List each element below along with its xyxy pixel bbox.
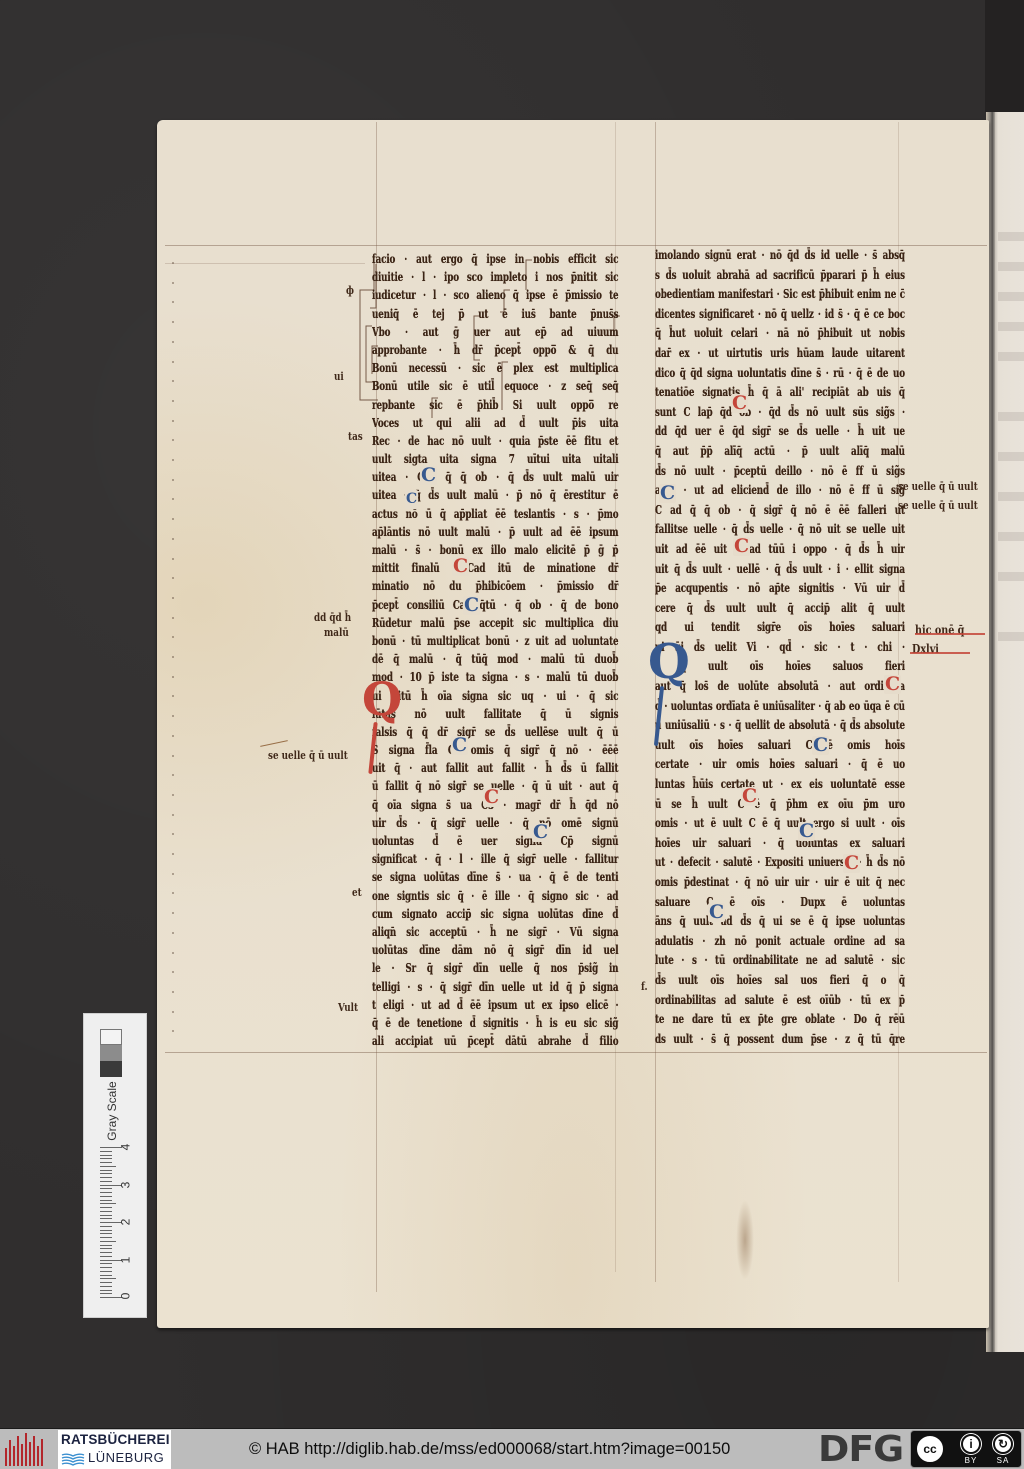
text-line: uit q̄ · aut fallit aut fallit · h̄ d̄s … xyxy=(372,759,618,777)
ruler-tick xyxy=(100,1207,112,1208)
text-line: malū · s̄ · bonū ex illo malo elicitē p̄… xyxy=(372,541,618,559)
ruler-tick xyxy=(100,1177,112,1178)
ratsbuecherei-logo[interactable]: RATSBÜCHEREI LÜNEBURG xyxy=(58,1430,171,1469)
ruler-tick xyxy=(100,1256,112,1257)
gray-swatch-mid xyxy=(100,1045,122,1061)
text-line: uult oīs hoīes saluari C ē omis hoīs xyxy=(655,735,905,755)
text-line: ui ūi d̄s uelit Vi · qd̄ · sic · t · chi… xyxy=(655,637,905,657)
text-line: dico q̄ q̄d signa uoluntatis dīne s̄ · r… xyxy=(655,363,905,383)
pricking-dot xyxy=(172,361,174,363)
initial-q-red: Q xyxy=(362,676,402,722)
paragraph-mark-red: C xyxy=(452,557,469,576)
text-line: uult sigta uita signa 7 uītui uita uital… xyxy=(372,450,618,468)
paragraph-mark-blue: C xyxy=(708,903,725,922)
text-line: Voces ut qui alii ad d̄ uult p̄is uita xyxy=(372,414,618,432)
gray-swatch-dark xyxy=(100,1061,122,1077)
text-line: lūtas nō uult fallitate q̄ ū signis xyxy=(372,705,618,723)
cc-by-label: BY xyxy=(961,1456,981,1465)
ruler-tick xyxy=(100,1286,112,1287)
text-line: Vbo · aut ḡ uer aut ep̄ ad uiuum xyxy=(372,323,618,341)
text-line: bonū · tū multiplicat bonū · z uit ad uo… xyxy=(372,632,618,650)
ruling-line-bottom xyxy=(165,1052,987,1053)
text-line: uolūtas dīne dām nō q̄ sigr̄ dīn id uel xyxy=(372,941,618,959)
pricking-dot xyxy=(172,735,174,737)
text-line: Bonū utile sic ē util̄ equoce · z seq̄ s… xyxy=(372,377,618,395)
ruler-tick xyxy=(100,1275,112,1276)
text-line: p̄e acqupentis · nō ap̄te signitis · Vū … xyxy=(655,578,905,598)
ruler-tick xyxy=(100,1245,112,1246)
text-line: sunt C lap̄ q̄d ob · q̄d d̄s nō uult sūs… xyxy=(655,402,905,422)
ruler-number: 3 xyxy=(118,1182,132,1189)
cc-by-sa-badge[interactable]: cc i ↻ BY SA xyxy=(910,1430,1022,1468)
paragraph-mark-blue: C xyxy=(532,823,549,842)
logo-text-line1: RATSBÜCHEREI xyxy=(61,1432,170,1447)
ruler-tick xyxy=(100,1170,112,1171)
margin-note: f. xyxy=(641,980,648,993)
text-line: facio · aut ergo q̄ ipse in nobis effici… xyxy=(372,250,618,268)
text-line: dar̄ ex · ut uirtutis uris hūam laude ui… xyxy=(655,343,905,363)
text-column-left: facio · aut ergo q̄ ipse in nobis effici… xyxy=(372,250,618,1050)
ruler-tick xyxy=(100,1267,112,1268)
dfg-logo[interactable]: DFG xyxy=(818,1429,903,1469)
ghost-text xyxy=(998,352,1024,361)
text-line: actū · ut ad eliciend̄ de illo · nō ē ff… xyxy=(655,480,905,500)
ghost-text xyxy=(998,492,1024,501)
pricking-dot xyxy=(172,794,174,796)
text-line: repbante sic ē p̄hib̄ Si uult oppo̅ re xyxy=(372,396,618,414)
book-icon xyxy=(61,1452,85,1466)
text-line: q̄ aut p̄p̄ alīq̄ actū · p̄ uult alīq̄ m… xyxy=(655,441,905,461)
text-line: aut q̄ los̄ de uolūte absolutā · aut ord… xyxy=(655,676,905,696)
text-line: fallitse uelle · q̄ d̄s uelle · q̄ nō ui… xyxy=(655,519,905,539)
text-column-right: imolando signū erat · nō q̄d d̄s id uell… xyxy=(655,245,905,1048)
text-line: S signa f̄la Cē omis q̄ sigr̄ q̄ nō · ēē… xyxy=(372,741,618,759)
text-line: mod · 10 p̄ iste ta signa · s · malū tū … xyxy=(372,668,618,686)
ruler-tick xyxy=(100,1151,112,1152)
ruler-tick xyxy=(100,1218,112,1219)
ratsbuecherei-logo-icon xyxy=(4,1433,46,1466)
pricking-dot xyxy=(172,558,174,560)
ghost-text xyxy=(998,412,1024,421)
logo-text-line2: LÜNEBURG xyxy=(88,1450,164,1465)
text-line: d̄s uult oīs hoīes sal uos fieri q̄ o q̄ xyxy=(655,970,905,990)
text-line: se signa uolūtas dīne s̄ · ua · q̄ ē de … xyxy=(372,868,618,886)
text-line: le · Sr q̄ sigr̄ dīn uelle q̄ nos p̄sig̃… xyxy=(372,959,618,977)
paragraph-mark-red: C xyxy=(884,675,901,694)
text-line: ueniq̄ ē tej p̄ ut ē ius̄ bante p̄nus̄s xyxy=(372,305,618,323)
pricking-dot xyxy=(172,873,174,875)
text-line: adulatis · zh nō ponit actuale ordine ad… xyxy=(655,931,905,951)
text-line: d̄s nō uult · p̄ceptū deillo · nō ē ff ū… xyxy=(655,461,905,481)
pricking-dot xyxy=(172,952,174,954)
ruler-tick xyxy=(100,1196,112,1197)
text-line: ū uniūsaliū · s · q̄ uellit de absolutā … xyxy=(655,715,905,735)
text-line: d̄ · uoluntas ordīata ē uniūsaliter · q̄… xyxy=(655,696,905,716)
initial-q-blue: Q xyxy=(648,638,690,686)
paragraph-mark-red: C xyxy=(843,854,860,873)
ruler-tick xyxy=(100,1162,112,1163)
pricking-dot xyxy=(172,538,174,540)
facing-page-edge xyxy=(994,112,1024,1352)
ruler-number: 4 xyxy=(118,1144,132,1151)
ruler-tick xyxy=(100,1271,112,1272)
pricking-dot xyxy=(172,1011,174,1013)
text-line: ordinabilitas ad salute ē est oīūb · tū … xyxy=(655,990,905,1010)
ruler-tick xyxy=(100,1188,112,1189)
ruler-tick xyxy=(100,1252,112,1253)
red-strikethrough xyxy=(910,652,970,654)
ruler-tick xyxy=(100,1192,112,1193)
pricking-dot xyxy=(172,755,174,757)
ruler-tick xyxy=(100,1290,112,1291)
text-line: luntas h̄ūis certate ut · ex eis uolunta… xyxy=(655,774,905,794)
ruler-number: 2 xyxy=(118,1219,132,1226)
text-line: ali accipiat uū p̄cept̄ dātū abrahe d̄ f… xyxy=(372,1032,618,1050)
pricking-dot xyxy=(172,282,174,284)
text-line: dicentes significaret · nō q̄ uellz · id… xyxy=(655,304,905,324)
text-line: uit q̄ d̄s uult · uellē · q̄ d̄s uult · … xyxy=(655,559,905,579)
text-line: · q̄ uult oīs hoīes saluos fieri xyxy=(655,656,905,676)
text-line: mittit finalū · Cad itū de minatione dr̄ xyxy=(372,559,618,577)
text-line: Rec · de hac nō uult · quia p̄ste ēē fit… xyxy=(372,432,618,450)
text-line: obedientiam manifestari · Sic est p̄hibu… xyxy=(655,284,905,304)
cc-icon: cc xyxy=(915,1434,945,1464)
text-line: imolando signū erat · nō q̄d d̄s id uell… xyxy=(655,245,905,265)
text-line: uoluntas d̄ ē uer signū Cp̄ signū xyxy=(372,832,618,850)
margin-note: dd q̄d h̄ xyxy=(314,611,351,624)
backdrop-corner xyxy=(985,0,1024,112)
ruler-tick xyxy=(100,1158,112,1159)
margin-note: ф xyxy=(346,284,354,297)
text-line: hoīes uir saluari · q̄ uoluntas ex salua… xyxy=(655,833,905,853)
ghost-text xyxy=(998,452,1024,461)
ruler-tick xyxy=(100,1226,112,1227)
text-line: q̄ ē de tenetione d̄ signitis · h̄ is eu… xyxy=(372,1014,618,1032)
margin-note: Vult xyxy=(338,1001,358,1014)
pricking-dot xyxy=(172,262,174,264)
text-line: telligi · s · q̄ sigr̄ dīn uelle ut id q… xyxy=(372,978,618,996)
ghost-text xyxy=(998,532,1024,541)
ruler-tick xyxy=(100,1263,112,1264)
sa-share-alike-icon: ↻ xyxy=(993,1434,1013,1454)
margin-note: ui xyxy=(334,370,344,383)
viewer-footer: RATSBÜCHEREI LÜNEBURG © HAB http://digli… xyxy=(0,1428,1024,1469)
ruler-tick xyxy=(100,1173,112,1174)
paragraph-mark-red: C xyxy=(741,787,758,806)
text-line: iudicetur · l · sco alieno q̄ ipse ē p̄m… xyxy=(372,286,618,304)
text-line: uit ad ēē uit C ad tūū i oppo · q̄ d̄s h… xyxy=(655,539,905,559)
text-line: saluare C ē oīs · Dupx ē uoluntas xyxy=(655,892,905,912)
cc-sa-label: SA xyxy=(993,1456,1013,1465)
paragraph-mark-blue: C xyxy=(659,484,676,503)
gray-swatch-light xyxy=(100,1029,122,1045)
pricking-dot xyxy=(172,400,174,402)
text-line: ū se h̄ uult C ē q̄ p̄hm ex oīu p̄m uro xyxy=(655,794,905,814)
text-line: dē q̄ malū · q̄ tūq̄ mod · malū tū duob̄ xyxy=(372,650,618,668)
paragraph-mark-blue: C xyxy=(812,736,829,755)
pricking-dot xyxy=(172,656,174,658)
margin-note: malū xyxy=(324,626,349,639)
by-attribution-icon: i xyxy=(961,1434,981,1454)
paragraph-mark-blue: C xyxy=(405,490,418,509)
text-line: ds uult · s̄ q̄ possent dum p̄se · z q̄ … xyxy=(655,1029,905,1049)
pricking-dot xyxy=(172,597,174,599)
text-line: aliqn̄ sic acceptū · h̄ ne sigr̄ · Vū si… xyxy=(372,923,618,941)
pricking-dot xyxy=(172,459,174,461)
pricking-dot xyxy=(172,479,174,481)
cc-icon-text: cc xyxy=(917,1442,943,1456)
ruler-tick xyxy=(100,1233,112,1234)
text-line: C ad q̄ q̄ ob · q̄ sigr̄ q̄ nō ē ēē fall… xyxy=(655,500,905,520)
pricking-dot xyxy=(172,341,174,343)
text-line: falsis q̄ q̄ dr̄ sigr̄ se d̄s uellēse uu… xyxy=(372,723,618,741)
text-line: ap̄lāntis nō uult malū · p̄ uult ad ēē i… xyxy=(372,523,618,541)
text-line: diuitie · l · ipo sco impleto i nos p̄ni… xyxy=(372,268,618,286)
red-strikethrough xyxy=(915,633,985,635)
ghost-text xyxy=(998,262,1024,271)
margin-note: se uelle q̄ ū uult xyxy=(898,499,978,512)
margin-note: tas xyxy=(348,430,363,443)
paragraph-mark-blue: C xyxy=(420,466,437,485)
text-line: uir d̄s · q̄ sigr̄ uelle · q̄ nō omē sig… xyxy=(372,814,618,832)
text-line: cere q̄ d̄s uult uult q̄ accip̄ alit q̄ … xyxy=(655,598,905,618)
text-line: tenatiōe signatis h̄ q̄ ā ali' recipiāt … xyxy=(655,382,905,402)
pricking-dot xyxy=(172,676,174,678)
text-line: omis · ut ē uult C ē q̄ uult ergo si uul… xyxy=(655,813,905,833)
ruler-tick xyxy=(100,1241,116,1242)
text-line: minatio nō du p̄hibicōem · p̄missio dr̄ xyxy=(372,577,618,595)
pricking-dot xyxy=(172,991,174,993)
ruler-tick xyxy=(100,1200,112,1201)
ghost-text xyxy=(998,232,1024,241)
ruler-tick xyxy=(100,1230,112,1231)
pricking-dot xyxy=(172,617,174,619)
text-line: ut · defecit · salutē · Expositi uniuers… xyxy=(655,852,905,872)
pricking-dot xyxy=(172,853,174,855)
gray-scale-label: Gray Scale xyxy=(105,1081,119,1141)
text-line: qd ui tendit sigr̄e oīs hoīes saluari xyxy=(655,617,905,637)
text-line: p̄cept̄ consiliū Cad q̄tū · q̄ ob · q̄ d… xyxy=(372,596,618,614)
ghost-text xyxy=(998,322,1024,331)
ghost-text xyxy=(998,572,1024,581)
parchment-stain xyxy=(736,1200,754,1280)
margin-note: se uelle q̄ ū uult xyxy=(268,749,348,762)
text-line: q̄ h̄ut uoluit celari · nā nō p̄hibuit u… xyxy=(655,323,905,343)
text-line: ui uitū h̄ oīa signa sic uq · ui · q̄ si… xyxy=(372,687,618,705)
ruler-tick xyxy=(100,1211,112,1212)
margin-note: se uelle q̄ ū uult xyxy=(898,480,978,493)
text-line: t eligi · ut ad d̄ ēē ipsum ut ex ipso e… xyxy=(372,996,618,1014)
pricking-dot xyxy=(172,814,174,816)
paragraph-mark-red: C xyxy=(733,537,750,556)
text-line: te ne dare tū ex p̄te gre oblate · Do q̄… xyxy=(655,1009,905,1029)
ruler-tick xyxy=(100,1248,112,1249)
text-line: certate · uir omis hoīes saluari · q̄ ē … xyxy=(655,754,905,774)
margin-note: et xyxy=(352,886,362,899)
text-line: Bonū necessū · sic ē plex est multiplica xyxy=(372,359,618,377)
text-line: dd q̄d uer ē q̄d sigr̄ se d̄s uelle · h̄… xyxy=(655,421,905,441)
ruler-tick xyxy=(100,1278,116,1279)
text-line: cum signato accip̄ sic signa uolūtas dīn… xyxy=(372,905,618,923)
paragraph-mark-blue: C xyxy=(451,736,468,755)
text-line: Rūdetur malū p̄se accepit sic multiplica… xyxy=(372,614,618,632)
text-line: significat · q̄ · l · ille q̄ sigr̄ uell… xyxy=(372,850,618,868)
pricking-dot xyxy=(172,420,174,422)
text-line: uitea · Cud q̄ q̄ ob · q̄ d̄s uult malū … xyxy=(372,468,618,486)
text-line: s d̄s uoluit abrahā ad sacrificū p̄parar… xyxy=(655,265,905,285)
ruler-tick xyxy=(100,1203,116,1204)
text-line: approbante · h̄ dr̄ p̄cept̄ oppo̅ & q̄ d… xyxy=(372,341,618,359)
ghost-text xyxy=(998,632,1024,641)
ruler-number: 1 xyxy=(118,1257,132,1264)
ruler-tick xyxy=(100,1293,112,1294)
paragraph-mark-red: C xyxy=(731,394,748,413)
ruler-tick xyxy=(100,1155,112,1156)
paragraph-mark-blue: C xyxy=(463,596,480,615)
ruler-tick xyxy=(100,1215,112,1216)
ruler-tick xyxy=(100,1237,112,1238)
ruler-number: 0 xyxy=(118,1293,132,1300)
ruler-tick xyxy=(100,1282,112,1283)
text-line: omis p̄destinat · q̄ nō uir uir · uir ē … xyxy=(655,872,905,892)
ghost-text xyxy=(998,292,1024,301)
ruler-tick xyxy=(100,1181,112,1182)
copyright-link[interactable]: © HAB http://diglib.hab.de/mss/ed000068/… xyxy=(249,1440,730,1459)
paragraph-mark-blue: C xyxy=(798,822,815,841)
ruler-tick xyxy=(100,1166,116,1167)
pricking-dot xyxy=(172,932,174,934)
text-line: one signtis sic q̄ · ē ille · q̄ signo s… xyxy=(372,887,618,905)
paragraph-mark-red: C xyxy=(483,788,500,807)
gray-scale-card: Gray Scale 4 3 2 1 0 xyxy=(83,1013,147,1318)
text-line: āns q̄ uult ad d̄s q̄ ui se ē q̄ ipse uo… xyxy=(655,911,905,931)
text-line: lute · s · tū ordinabilitate ne ad salut… xyxy=(655,950,905,970)
